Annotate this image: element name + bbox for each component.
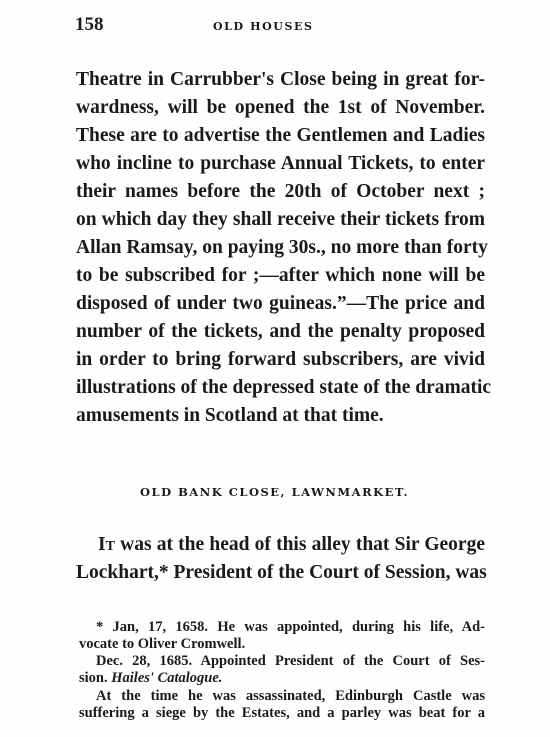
body-line: number of the tickets, and the penalty p…	[76, 321, 485, 343]
footnote-line: Dec. 28, 1685. Appointed President of th…	[96, 653, 485, 670]
running-head: OLD HOUSES	[213, 20, 314, 33]
footnote-line: suffering a siege by the Estates, and a …	[79, 705, 485, 722]
section-heading: OLD BANK CLOSE, LAWNMARKET.	[140, 485, 409, 499]
footnote-line: sion. Hailes' Catalogue.	[79, 670, 485, 687]
body-line: Lockhart,* President of the Court of Ses…	[76, 562, 485, 584]
citation-italic: Hailes' Catalogue.	[111, 670, 222, 686]
body-line: Theatre in Carrubber's Close being in gr…	[76, 69, 485, 91]
line-text: was at the head of this alley that Sir G…	[115, 534, 485, 555]
footnote-line: vocate to Oliver Cromwell.	[79, 636, 485, 653]
body-line: on which day they shall receive their ti…	[76, 209, 485, 231]
page-number: 158	[75, 14, 104, 36]
body-line: who incline to purchase Annual Tickets, …	[76, 153, 485, 175]
body-line: wardness, will be opened the 1st of Nove…	[76, 97, 485, 119]
body-line: It was at the head of this alley that Si…	[98, 534, 485, 556]
body-line: These are to advertise the Gentlemen and…	[76, 125, 485, 147]
body-line: to be subscribed for ;—after which none …	[76, 265, 485, 287]
line-text: sion.	[79, 670, 111, 686]
body-line: illustrations of the depressed state of …	[76, 377, 485, 399]
body-line: Allan Ramsay, on paying 30s., no more th…	[76, 237, 485, 259]
drop-lead-caps: It	[98, 534, 115, 555]
body-line: their names before the 20th of October n…	[76, 181, 485, 203]
footnote-line: * Jan, 17, 1658. He was appointed, durin…	[96, 619, 485, 636]
footnote-line: At the time he was assassinated, Edinbur…	[96, 688, 485, 705]
body-line: amusements in Scotland at that time.	[76, 405, 485, 427]
book-page: 158 OLD HOUSES Theatre in Carrubber's Cl…	[0, 0, 550, 737]
body-line: disposed of under two guineas.”—The pric…	[76, 293, 485, 315]
body-line: in order to bring forward subscribers, a…	[76, 349, 485, 371]
